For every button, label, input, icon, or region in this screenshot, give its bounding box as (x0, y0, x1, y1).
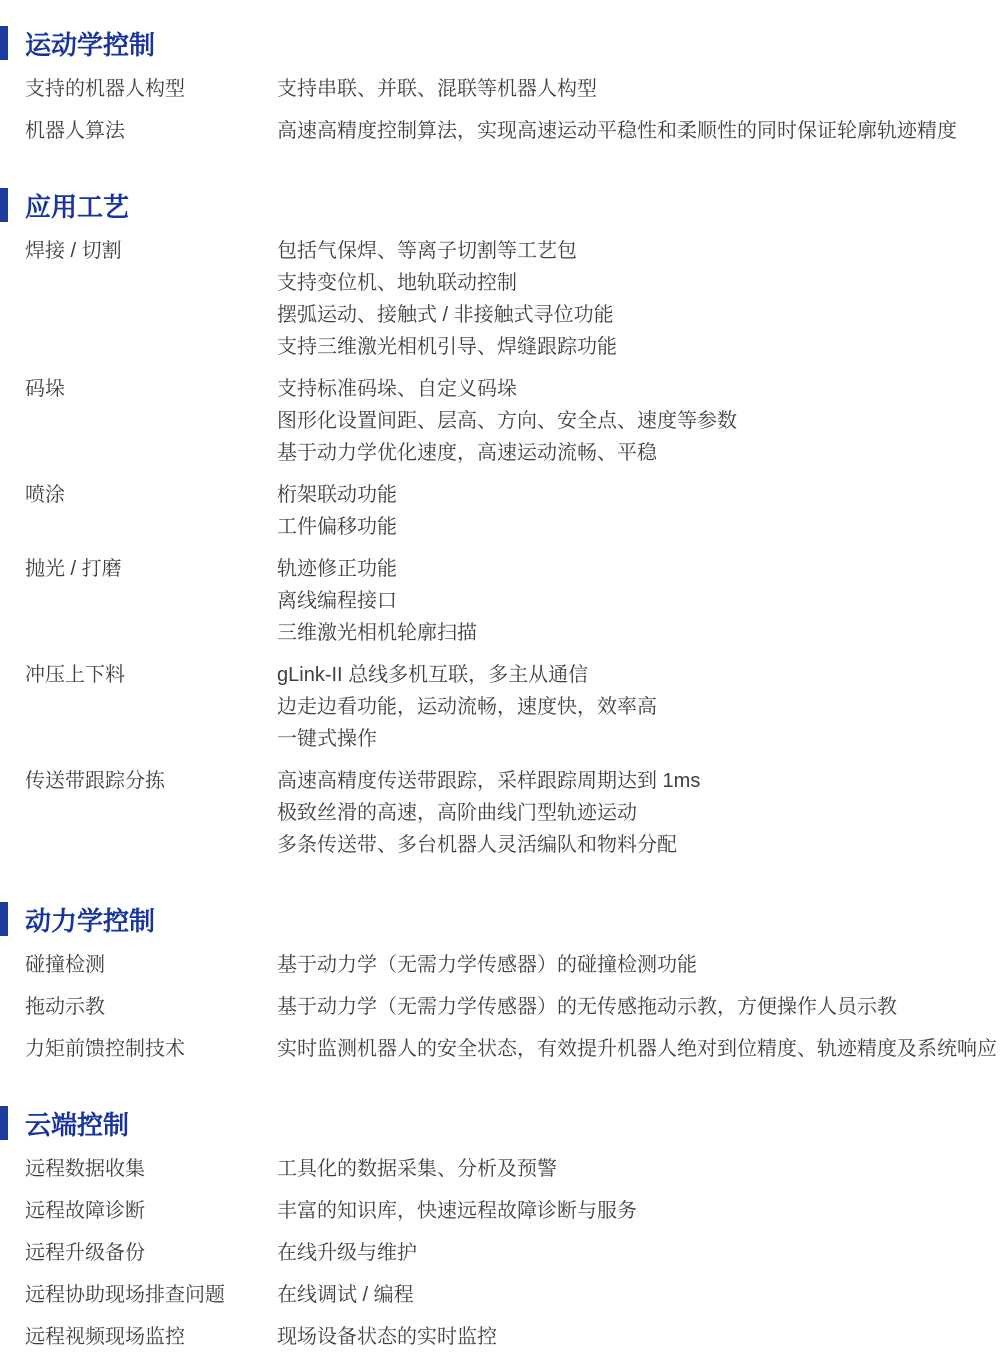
spec-row-description: 高速高精度传送带跟踪，采样跟踪周期达到 1ms极致丝滑的高速，高阶曲线门型轨迹运… (277, 765, 1000, 861)
spec-section: 动力学控制 碰撞检测 基于动力学（无需力学传感器）的碰撞检测功能 拖动示教 基于… (0, 902, 1000, 1070)
description-line: 高速高精度控制算法，实现高速运动平稳性和柔顺性的同时保证轮廓轨迹精度 (277, 115, 998, 147)
description-line: 包括气保焊、等离子切割等工艺包 (277, 235, 998, 267)
spec-row-label: 远程视频现场监控 (25, 1321, 277, 1353)
spec-row-description: 基于动力学（无需力学传感器）的无传感拖动示教，方便操作人员示教 (277, 991, 1000, 1023)
description-line: 摆弧运动、接触式 / 非接触式寻位功能 (277, 299, 998, 331)
description-line: 边走边看功能，运动流畅，速度快，效率高 (277, 691, 998, 723)
section-title: 运动学控制 (25, 25, 155, 62)
spec-row: 碰撞检测 基于动力学（无需力学传感器）的碰撞检测功能 (0, 944, 1000, 986)
description-line: 基于动力学（无需力学传感器）的碰撞检测功能 (277, 949, 998, 981)
spec-section: 运动学控制 支持的机器人构型 支持串联、并联、混联等机器人构型 机器人算法 高速… (0, 26, 1000, 152)
spec-row: 焊接 / 切割 包括气保焊、等离子切割等工艺包支持变位机、地轨联动控制摆弧运动、… (0, 230, 1000, 368)
description-line: gLink-II 总线多机互联，多主从通信 (277, 659, 998, 691)
spec-section: 云端控制 远程数据收集 工具化的数据采集、分析及预警 远程故障诊断 丰富的知识库… (0, 1106, 1000, 1358)
description-line: 离线编程接口 (277, 585, 998, 617)
section-rows: 焊接 / 切割 包括气保焊、等离子切割等工艺包支持变位机、地轨联动控制摆弧运动、… (0, 230, 1000, 866)
spec-row: 远程升级备份 在线升级与维护 (0, 1232, 1000, 1274)
spec-row: 力矩前馈控制技术 实时监测机器人的安全状态，有效提升机器人绝对到位精度、轨迹精度… (0, 1028, 1000, 1070)
spec-row-label: 碰撞检测 (25, 949, 277, 981)
section-header: 运动学控制 (0, 26, 1000, 60)
section-title: 云端控制 (25, 1105, 129, 1142)
spec-row-label: 抛光 / 打磨 (25, 553, 277, 585)
description-line: 支持三维激光相机引导、焊缝跟踪功能 (277, 331, 998, 363)
spec-section: 应用工艺 焊接 / 切割 包括气保焊、等离子切割等工艺包支持变位机、地轨联动控制… (0, 188, 1000, 866)
spec-row: 拖动示教 基于动力学（无需力学传感器）的无传感拖动示教，方便操作人员示教 (0, 986, 1000, 1028)
spec-row: 远程视频现场监控 现场设备状态的实时监控 (0, 1316, 1000, 1358)
spec-row-description: gLink-II 总线多机互联，多主从通信边走边看功能，运动流畅，速度快，效率高… (277, 659, 1000, 755)
spec-row-label: 焊接 / 切割 (25, 235, 277, 267)
spec-row: 远程数据收集 工具化的数据采集、分析及预警 (0, 1148, 1000, 1190)
description-line: 丰富的知识库，快速远程故障诊断与服务 (277, 1195, 998, 1227)
spec-row-description: 现场设备状态的实时监控 (277, 1321, 1000, 1353)
section-rows: 碰撞检测 基于动力学（无需力学传感器）的碰撞检测功能 拖动示教 基于动力学（无需… (0, 944, 1000, 1070)
description-line: 支持串联、并联、混联等机器人构型 (277, 73, 998, 105)
section-accent-bar (0, 188, 8, 222)
spec-sheet: 运动学控制 支持的机器人构型 支持串联、并联、混联等机器人构型 机器人算法 高速… (0, 26, 1000, 1358)
description-line: 支持标准码垛、自定义码垛 (277, 373, 998, 405)
spec-row-description: 丰富的知识库，快速远程故障诊断与服务 (277, 1195, 1000, 1227)
spec-row: 抛光 / 打磨 轨迹修正功能离线编程接口三维激光相机轮廓扫描 (0, 548, 1000, 654)
spec-row-label: 拖动示教 (25, 991, 277, 1023)
section-accent-bar (0, 26, 8, 60)
description-line: 在线升级与维护 (277, 1237, 998, 1269)
spec-row-label: 力矩前馈控制技术 (25, 1033, 277, 1065)
spec-row: 支持的机器人构型 支持串联、并联、混联等机器人构型 (0, 68, 1000, 110)
description-line: 图形化设置间距、层高、方向、安全点、速度等参数 (277, 405, 998, 437)
spec-row-description: 实时监测机器人的安全状态，有效提升机器人绝对到位精度、轨迹精度及系统响应 (277, 1033, 1000, 1065)
spec-row-description: 支持串联、并联、混联等机器人构型 (277, 73, 1000, 105)
spec-row-label: 远程升级备份 (25, 1237, 277, 1269)
description-line: 工件偏移功能 (277, 511, 998, 543)
spec-row: 冲压上下料 gLink-II 总线多机互联，多主从通信边走边看功能，运动流畅，速… (0, 654, 1000, 760)
spec-row-description: 工具化的数据采集、分析及预警 (277, 1153, 1000, 1185)
spec-row-description: 支持标准码垛、自定义码垛图形化设置间距、层高、方向、安全点、速度等参数基于动力学… (277, 373, 1000, 469)
spec-row-description: 轨迹修正功能离线编程接口三维激光相机轮廓扫描 (277, 553, 1000, 649)
section-header: 云端控制 (0, 1106, 1000, 1140)
spec-row: 机器人算法 高速高精度控制算法，实现高速运动平稳性和柔顺性的同时保证轮廓轨迹精度 (0, 110, 1000, 152)
section-rows: 远程数据收集 工具化的数据采集、分析及预警 远程故障诊断 丰富的知识库，快速远程… (0, 1148, 1000, 1358)
spec-row: 远程故障诊断 丰富的知识库，快速远程故障诊断与服务 (0, 1190, 1000, 1232)
spec-row-description: 高速高精度控制算法，实现高速运动平稳性和柔顺性的同时保证轮廓轨迹精度 (277, 115, 1000, 147)
description-line: 支持变位机、地轨联动控制 (277, 267, 998, 299)
description-line: 轨迹修正功能 (277, 553, 998, 585)
spec-row-description: 在线升级与维护 (277, 1237, 1000, 1269)
spec-row-label: 远程故障诊断 (25, 1195, 277, 1227)
spec-row-label: 冲压上下料 (25, 659, 277, 691)
description-line: 工具化的数据采集、分析及预警 (277, 1153, 998, 1185)
spec-row-description: 基于动力学（无需力学传感器）的碰撞检测功能 (277, 949, 1000, 981)
description-line: 一键式操作 (277, 723, 998, 755)
section-accent-bar (0, 1106, 8, 1140)
spec-row-description: 在线调试 / 编程 (277, 1279, 1000, 1311)
spec-row-label: 传送带跟踪分拣 (25, 765, 277, 797)
spec-row-label: 码垛 (25, 373, 277, 405)
spec-row-label: 远程协助现场排查问题 (25, 1279, 277, 1311)
section-header: 动力学控制 (0, 902, 1000, 936)
spec-row: 喷涂 桁架联动功能工件偏移功能 (0, 474, 1000, 548)
spec-row: 码垛 支持标准码垛、自定义码垛图形化设置间距、层高、方向、安全点、速度等参数基于… (0, 368, 1000, 474)
spec-row-description: 桁架联动功能工件偏移功能 (277, 479, 1000, 543)
spec-row-label: 机器人算法 (25, 115, 277, 147)
description-line: 基于动力学优化速度，高速运动流畅、平稳 (277, 437, 998, 469)
section-title: 应用工艺 (25, 187, 129, 224)
section-title: 动力学控制 (25, 901, 155, 938)
description-line: 极致丝滑的高速，高阶曲线门型轨迹运动 (277, 797, 998, 829)
spec-row-label: 支持的机器人构型 (25, 73, 277, 105)
description-line: 高速高精度传送带跟踪，采样跟踪周期达到 1ms (277, 765, 998, 797)
spec-row: 传送带跟踪分拣 高速高精度传送带跟踪，采样跟踪周期达到 1ms极致丝滑的高速，高… (0, 760, 1000, 866)
description-line: 多条传送带、多台机器人灵活编队和物料分配 (277, 829, 998, 861)
description-line: 三维激光相机轮廓扫描 (277, 617, 998, 649)
description-line: 现场设备状态的实时监控 (277, 1321, 998, 1353)
spec-row-label: 远程数据收集 (25, 1153, 277, 1185)
description-line: 实时监测机器人的安全状态，有效提升机器人绝对到位精度、轨迹精度及系统响应 (277, 1033, 998, 1065)
description-line: 桁架联动功能 (277, 479, 998, 511)
section-accent-bar (0, 902, 8, 936)
description-line: 基于动力学（无需力学传感器）的无传感拖动示教，方便操作人员示教 (277, 991, 998, 1023)
description-line: 在线调试 / 编程 (277, 1279, 998, 1311)
section-header: 应用工艺 (0, 188, 1000, 222)
spec-row: 远程协助现场排查问题 在线调试 / 编程 (0, 1274, 1000, 1316)
section-rows: 支持的机器人构型 支持串联、并联、混联等机器人构型 机器人算法 高速高精度控制算… (0, 68, 1000, 152)
spec-row-label: 喷涂 (25, 479, 277, 511)
spec-row-description: 包括气保焊、等离子切割等工艺包支持变位机、地轨联动控制摆弧运动、接触式 / 非接… (277, 235, 1000, 363)
